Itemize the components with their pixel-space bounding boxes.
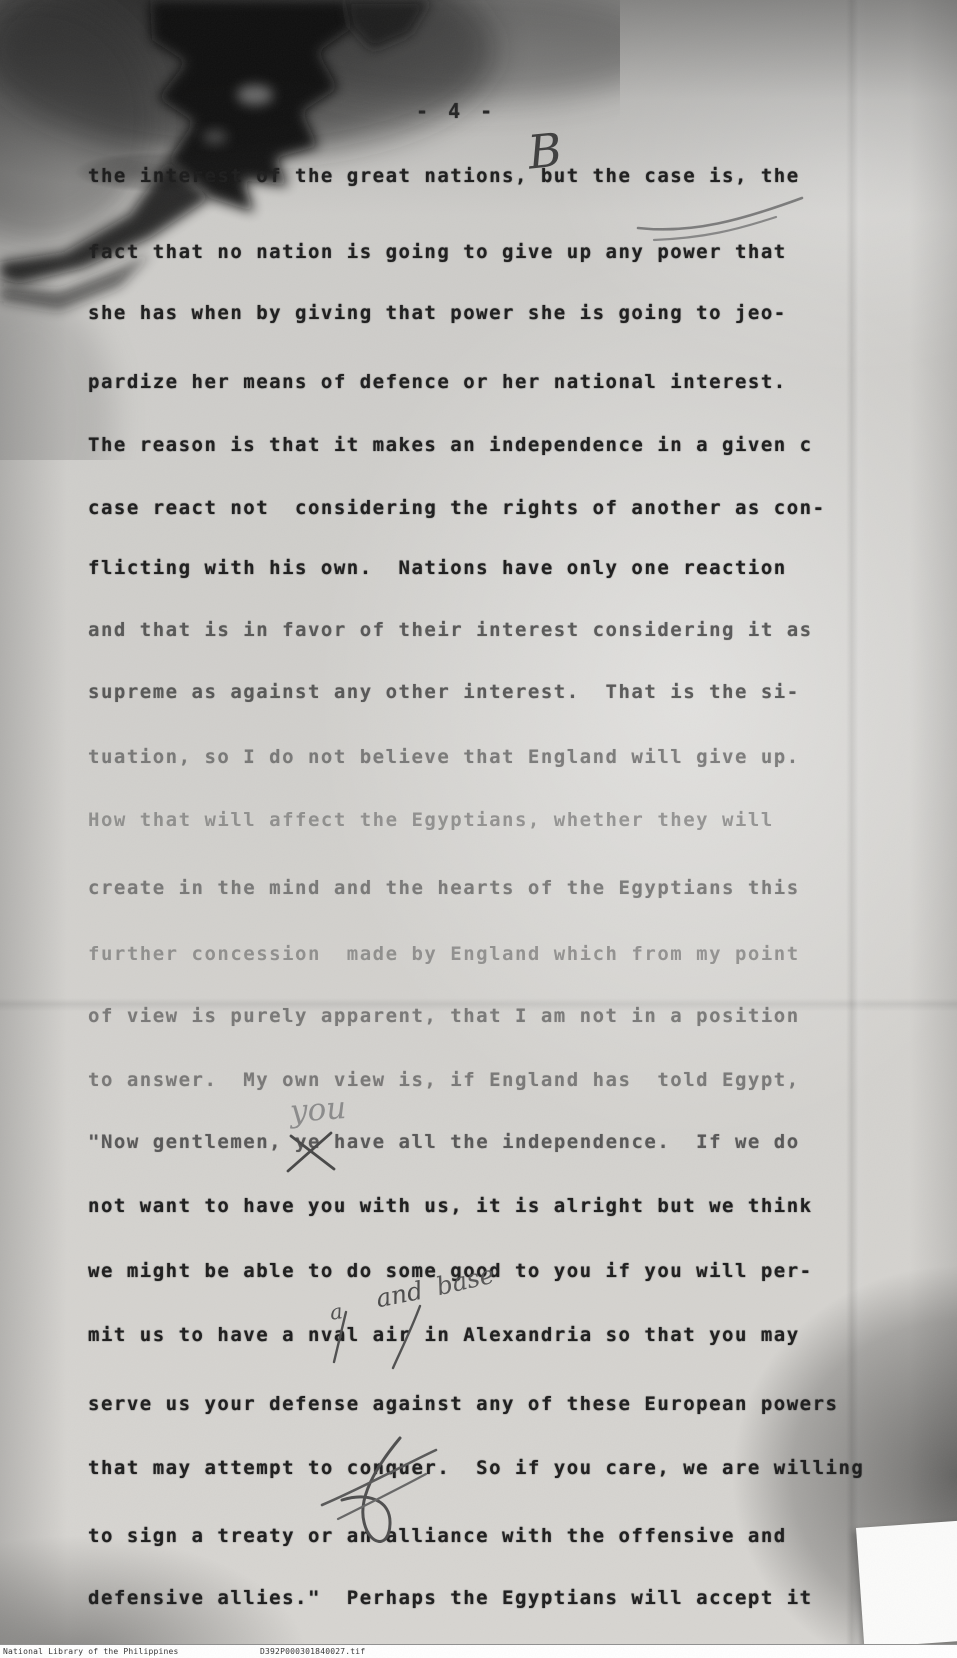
typed-line: to sign a treaty or an alliance with the… [88, 1526, 787, 1547]
typed-line: of view is purely apparent, that I am no… [88, 1006, 800, 1027]
corrected-word-nval: nval [308, 1324, 360, 1346]
handwritten-b-annotation: B [525, 122, 564, 179]
line-segment: in Alexandria so that you may [412, 1324, 800, 1346]
typed-line: The reason is that it makes an independe… [88, 435, 813, 456]
typed-line-with-strikeout: "Now gentlemen, ye have all the independ… [88, 1132, 800, 1153]
typed-line: pardize her means of defence or her nati… [88, 372, 787, 393]
typed-line: further concession made by England which… [88, 944, 800, 965]
typed-line: supreme as against any other interest. T… [88, 682, 800, 703]
typed-line: tuation, so I do not believe that Englan… [88, 747, 800, 768]
typed-line: defensive allies." Perhaps the Egyptians… [88, 1588, 813, 1609]
ink-smudge [72, 146, 282, 198]
typed-text-block: - 4 - the interest of the great nations,… [0, 0, 957, 1658]
typed-line-with-inserts: mit us to have a nval air in Alexandria … [88, 1325, 800, 1346]
typed-line: fact that no nation is going to give up … [88, 242, 787, 263]
scan-footer-bar: National Library of the Philippines D392… [0, 1644, 957, 1658]
typed-line: and that is in favor of their interest c… [88, 620, 813, 641]
paper-slip [856, 1519, 957, 1648]
scanned-document-page: - 4 - the interest of the great nations,… [0, 0, 957, 1658]
handwritten-you-annotation: you [289, 1090, 348, 1130]
typed-line: flicting with his own. Nations have only… [88, 558, 787, 579]
library-name-label: National Library of the Philippines [3, 1647, 179, 1657]
typed-line: to answer. My own view is, if England ha… [88, 1070, 800, 1091]
typed-line: that may attempt to conquer. So if you c… [88, 1458, 864, 1479]
typed-line: create in the mind and the hearts of the… [88, 878, 800, 899]
typed-line: serve us your defense against any of the… [88, 1394, 838, 1415]
typed-line: not want to have you with us, it is alri… [88, 1196, 813, 1217]
scan-filename-label: D392P000301840027.tif [260, 1647, 365, 1657]
typed-line: How that will affect the Egyptians, whet… [88, 810, 774, 831]
line-segment: "Now gentlemen, [88, 1131, 295, 1153]
typed-line: she has when by giving that power she is… [88, 303, 787, 324]
line-segment: mit us to have a [88, 1324, 308, 1346]
word-air: air [360, 1324, 412, 1346]
page-number: - 4 - [416, 101, 496, 121]
line-segment: have all the independence. If we do [321, 1131, 800, 1153]
typed-line: case react not considering the rights of… [88, 498, 826, 519]
struck-word-ye: ye [295, 1131, 321, 1153]
